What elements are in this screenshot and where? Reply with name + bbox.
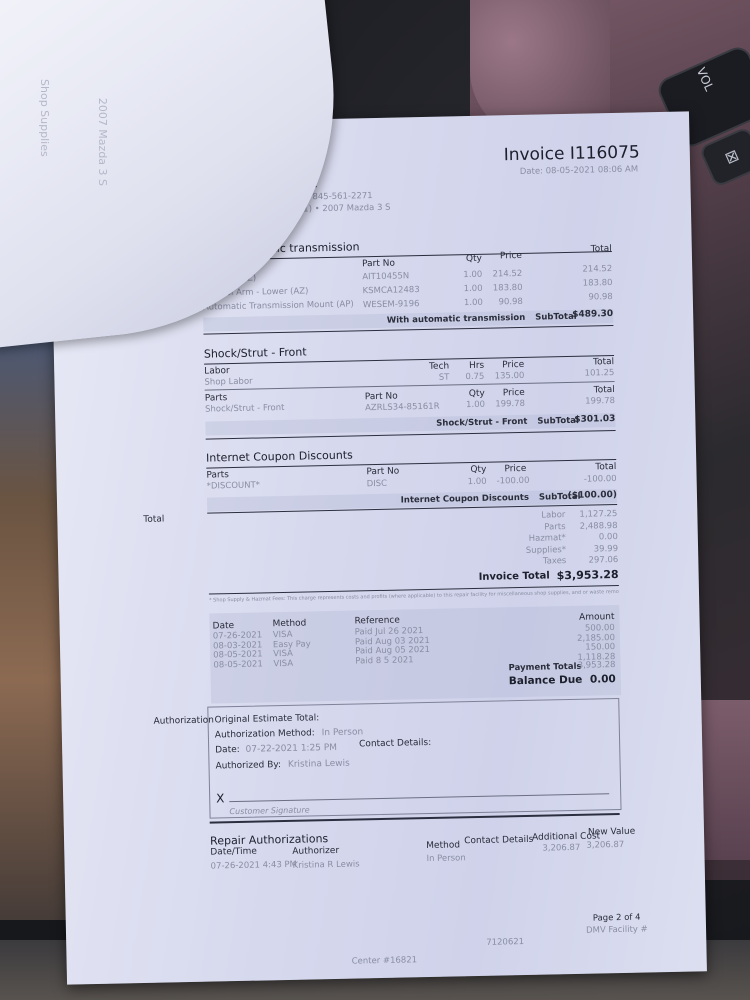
repair-auth-method: In Person — [426, 853, 465, 864]
total-row-label: Parts — [498, 522, 566, 533]
total-row-label: Supplies* — [498, 545, 566, 556]
part-no: DISC — [367, 479, 388, 489]
authorized-by-value: Kristina Lewis — [288, 759, 350, 770]
part-no: KSMCA12483 — [363, 285, 420, 296]
col-header: Price — [496, 464, 526, 475]
part-qty: 1.00 — [455, 400, 485, 411]
center-number: Center #16821 — [352, 955, 418, 966]
payment-date: 08-05-2021 — [213, 659, 263, 670]
labor-desc: Shop Labor — [204, 377, 252, 388]
part-price: 214.52 — [492, 269, 522, 280]
total-row-value: 39.99 — [568, 543, 618, 554]
col-header: Qty — [455, 389, 485, 400]
part-desc: Automatic Transmission Mount (AP) — [203, 299, 354, 312]
contact-details-label: Contact Details: — [359, 738, 431, 750]
ghost-text: 2007 Mazda 3 S — [96, 98, 109, 186]
totals-label: Total — [143, 514, 164, 524]
subtotal-value: $301.03 — [565, 414, 615, 425]
repair-auth-authorizer: Kristina R Lewis — [293, 859, 360, 870]
repair-auth-datetime: 07-26-2021 4:43 PM — [211, 860, 298, 872]
divider — [205, 381, 615, 391]
document-code: 7120621 — [486, 937, 524, 948]
part-total: 90.98 — [563, 292, 613, 303]
payment-reference: Paid 8 5 2021 — [355, 655, 413, 666]
total-row-label: Labor — [497, 510, 565, 521]
col-header: Labor — [204, 366, 230, 377]
section-title: Internet Coupon Discounts — [206, 449, 353, 465]
repair-authorizations-title: Repair Authorizations — [210, 832, 328, 847]
invoice-total-label: Invoice Total — [479, 570, 550, 582]
part-total: 199.78 — [565, 396, 615, 407]
authorized-by-label: Authorized By: — [215, 760, 281, 771]
col-header: Total — [564, 357, 614, 368]
col-header: Contact Details — [464, 835, 533, 846]
auth-method-label: Authorization Method: — [215, 728, 315, 740]
labor-tech: ST — [419, 372, 449, 383]
col-header: Total — [562, 244, 612, 255]
total-row-value: 0.00 — [568, 532, 618, 543]
page-number: Page 2 of 4 — [593, 913, 641, 924]
repair-auth-additional-cost: 3,206.87 — [534, 843, 580, 854]
part-qty: 1.00 — [453, 298, 483, 309]
section-title: Shock/Strut - Front — [204, 345, 307, 360]
part-qty: 1.00 — [452, 284, 482, 295]
part-price: 183.80 — [492, 283, 522, 294]
col-header: Qty — [452, 254, 482, 265]
labor-hrs: 0.75 — [454, 372, 484, 383]
part-desc: Shock/Strut - Front — [205, 403, 285, 415]
col-header: Part No — [365, 392, 398, 403]
col-header: Price — [495, 388, 525, 399]
col-header: Date — [213, 621, 235, 631]
col-header: Part No — [362, 259, 395, 270]
volume-label: VOL — [694, 65, 717, 93]
col-header: Parts — [206, 470, 229, 480]
part-qty: 1.00 — [452, 270, 482, 281]
subtotal-value: $489.30 — [563, 309, 613, 320]
col-header: Parts — [205, 393, 228, 403]
col-header: Hrs — [454, 361, 484, 372]
part-no: WESEM-9196 — [363, 299, 420, 310]
invoice-date: Date: 08-05-2021 08:06 AM — [520, 164, 639, 176]
col-header: Price — [494, 360, 524, 371]
auth-date-value: 07-22-2021 1:25 PM — [246, 743, 338, 755]
col-header: Date/Time — [210, 847, 257, 858]
part-total: 214.52 — [562, 264, 612, 275]
part-no: AIT10455N — [362, 271, 409, 282]
subtotal-value: ($100.00) — [567, 490, 617, 501]
col-header: Method — [272, 619, 306, 630]
col-header: Qty — [456, 465, 486, 476]
invoice-title: Invoice I116075 — [503, 142, 639, 165]
part-price: 199.78 — [495, 399, 525, 410]
labor-total: 101.25 — [564, 368, 614, 379]
total-row-label: Hazmat* — [498, 533, 566, 544]
col-header: Reference — [354, 616, 400, 627]
total-row-label: Taxes — [498, 556, 566, 567]
col-header: Tech — [419, 361, 449, 372]
labor-price: 135.00 — [494, 371, 524, 382]
col-header: Total — [565, 385, 615, 396]
col-header: Amount — [559, 612, 614, 623]
col-header: New Value — [588, 827, 635, 838]
part-price: 90.98 — [493, 297, 523, 308]
signature-x: X — [216, 791, 225, 805]
payment-method: VISA — [273, 658, 293, 668]
total-row-value: 1,127.25 — [567, 509, 617, 520]
part-no: AZRLS34-85161R — [365, 402, 440, 414]
auth-method-value: In Person — [322, 727, 364, 738]
col-header: Total — [566, 462, 616, 473]
invoice-total-value: $3,953.28 — [548, 568, 618, 582]
part-qty: 1.00 — [457, 477, 487, 488]
fees-footnote: * Shop Supply & Hazmat Fees: This charge… — [209, 589, 619, 604]
dmv-facility: DMV Facility # — [586, 924, 648, 935]
signature-caption: Customer Signature — [229, 805, 309, 816]
authorization-label: Authorization — [153, 715, 213, 726]
repair-auth-new-value: 3,206.87 — [584, 840, 624, 851]
balance-due-value: 0.00 — [561, 673, 616, 686]
ghost-text: Shop Supplies — [38, 79, 51, 157]
col-header: Price — [492, 251, 522, 262]
col-header: Part No — [366, 467, 399, 478]
part-total: 183.80 — [562, 278, 612, 289]
total-row-value: 297.06 — [568, 555, 618, 566]
col-header: Method — [426, 840, 460, 851]
total-row-value: 2,488.98 — [567, 520, 617, 531]
part-desc: *DISCOUNT* — [207, 480, 261, 491]
part-total: -100.00 — [567, 474, 617, 485]
part-price: -100.00 — [497, 476, 527, 487]
payment-totals-value: 3,953.28 — [560, 660, 615, 671]
auth-date-label: Date: — [215, 745, 240, 756]
col-header: Authorizer — [292, 846, 339, 857]
